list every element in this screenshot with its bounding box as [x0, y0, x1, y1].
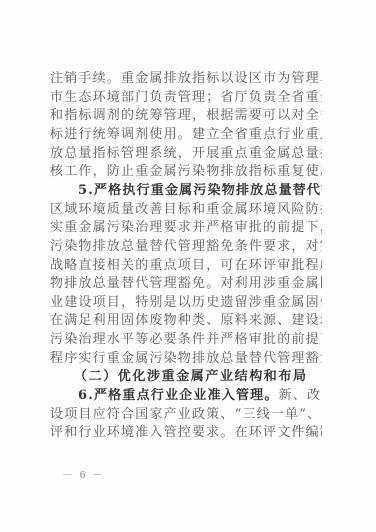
body-line-14: 在满足利用固体废物种类、原料来源、建设地点、工艺设备和: [50, 313, 322, 329]
item-6-title: 6.严格重点行业企业准入管理。: [78, 388, 279, 403]
body-line-5: 放总量指标管理系统，开展重点重金属总量控制与指标调剂审: [50, 146, 322, 162]
body-line-12: 物排放总量替代管理豁免。对利用涉重金属固体废物的重点行: [50, 276, 322, 292]
body-line-15: 污染治理水平等必要条件并严格审批的前提下，可在环评审批: [50, 332, 322, 348]
body-line-10: 污染物排放总量替代管理豁免条件要求，对实施国家重大发展: [50, 239, 322, 255]
item-5-first-line: 5.严格执行重金属污染物排放总量替代豁免管理。在统筹: [78, 183, 322, 199]
item-6-text: 新、改、扩建重点行业建: [279, 388, 322, 403]
body-line-11: 战略直接相关的重点项目，可在环评审批程序实行重金属污染: [50, 258, 322, 274]
section-heading: （二）优化涉重金属产业结构和布局: [74, 369, 322, 385]
body-line-19: 设项目应符合国家产业政策、“三线一单”、区域环评、规划环: [50, 407, 322, 423]
page-number: － 6 －: [62, 466, 105, 482]
body-line-2: 市生态环境部门负责管理；省厅负责全省重金属排放总量控制: [50, 90, 322, 106]
body-line-1: 注销手续。重金属排放指标以设区市为管理单元，具体由设区: [50, 71, 322, 87]
body-line-3: 和指标调剂的统筹管理，根据需要可以对全省范围内的排放指: [50, 108, 322, 124]
body-line-13: 业建设项目，特别是以历史遗留涉重金属固体废物为原料的，: [50, 295, 322, 311]
item-5-title: 5.严格执行重金属污染物排放总量替代豁免管理。: [78, 183, 322, 198]
body-line-9: 实重金属污染治理要求并严格审批的前提下，根据国家重金属: [50, 220, 322, 236]
body-line-16: 程序实行重金属污染物排放总量替代管理豁免。: [50, 351, 322, 367]
item-6-first-line: 6.严格重点行业企业准入管理。新、改、扩建重点行业建: [78, 388, 322, 404]
body-line-20: 评和行业环境准入管控要求。在环评文件编制和审查过程中，: [50, 425, 322, 441]
body-line-4: 标进行统筹调剂使用。建立全省重点行业重点重金属污染物排: [50, 127, 322, 143]
body-line-6: 核工作，防止重金属污染物排放指标重复使用。: [50, 164, 322, 180]
document-page: 注销手续。重金属排放指标以设区市为管理单元，具体由设区 市生态环境部门负责管理；…: [0, 0, 376, 532]
body-line-8: 区域环境质量改善目标和重金属环境风险防控水平、高标准落: [50, 202, 322, 218]
